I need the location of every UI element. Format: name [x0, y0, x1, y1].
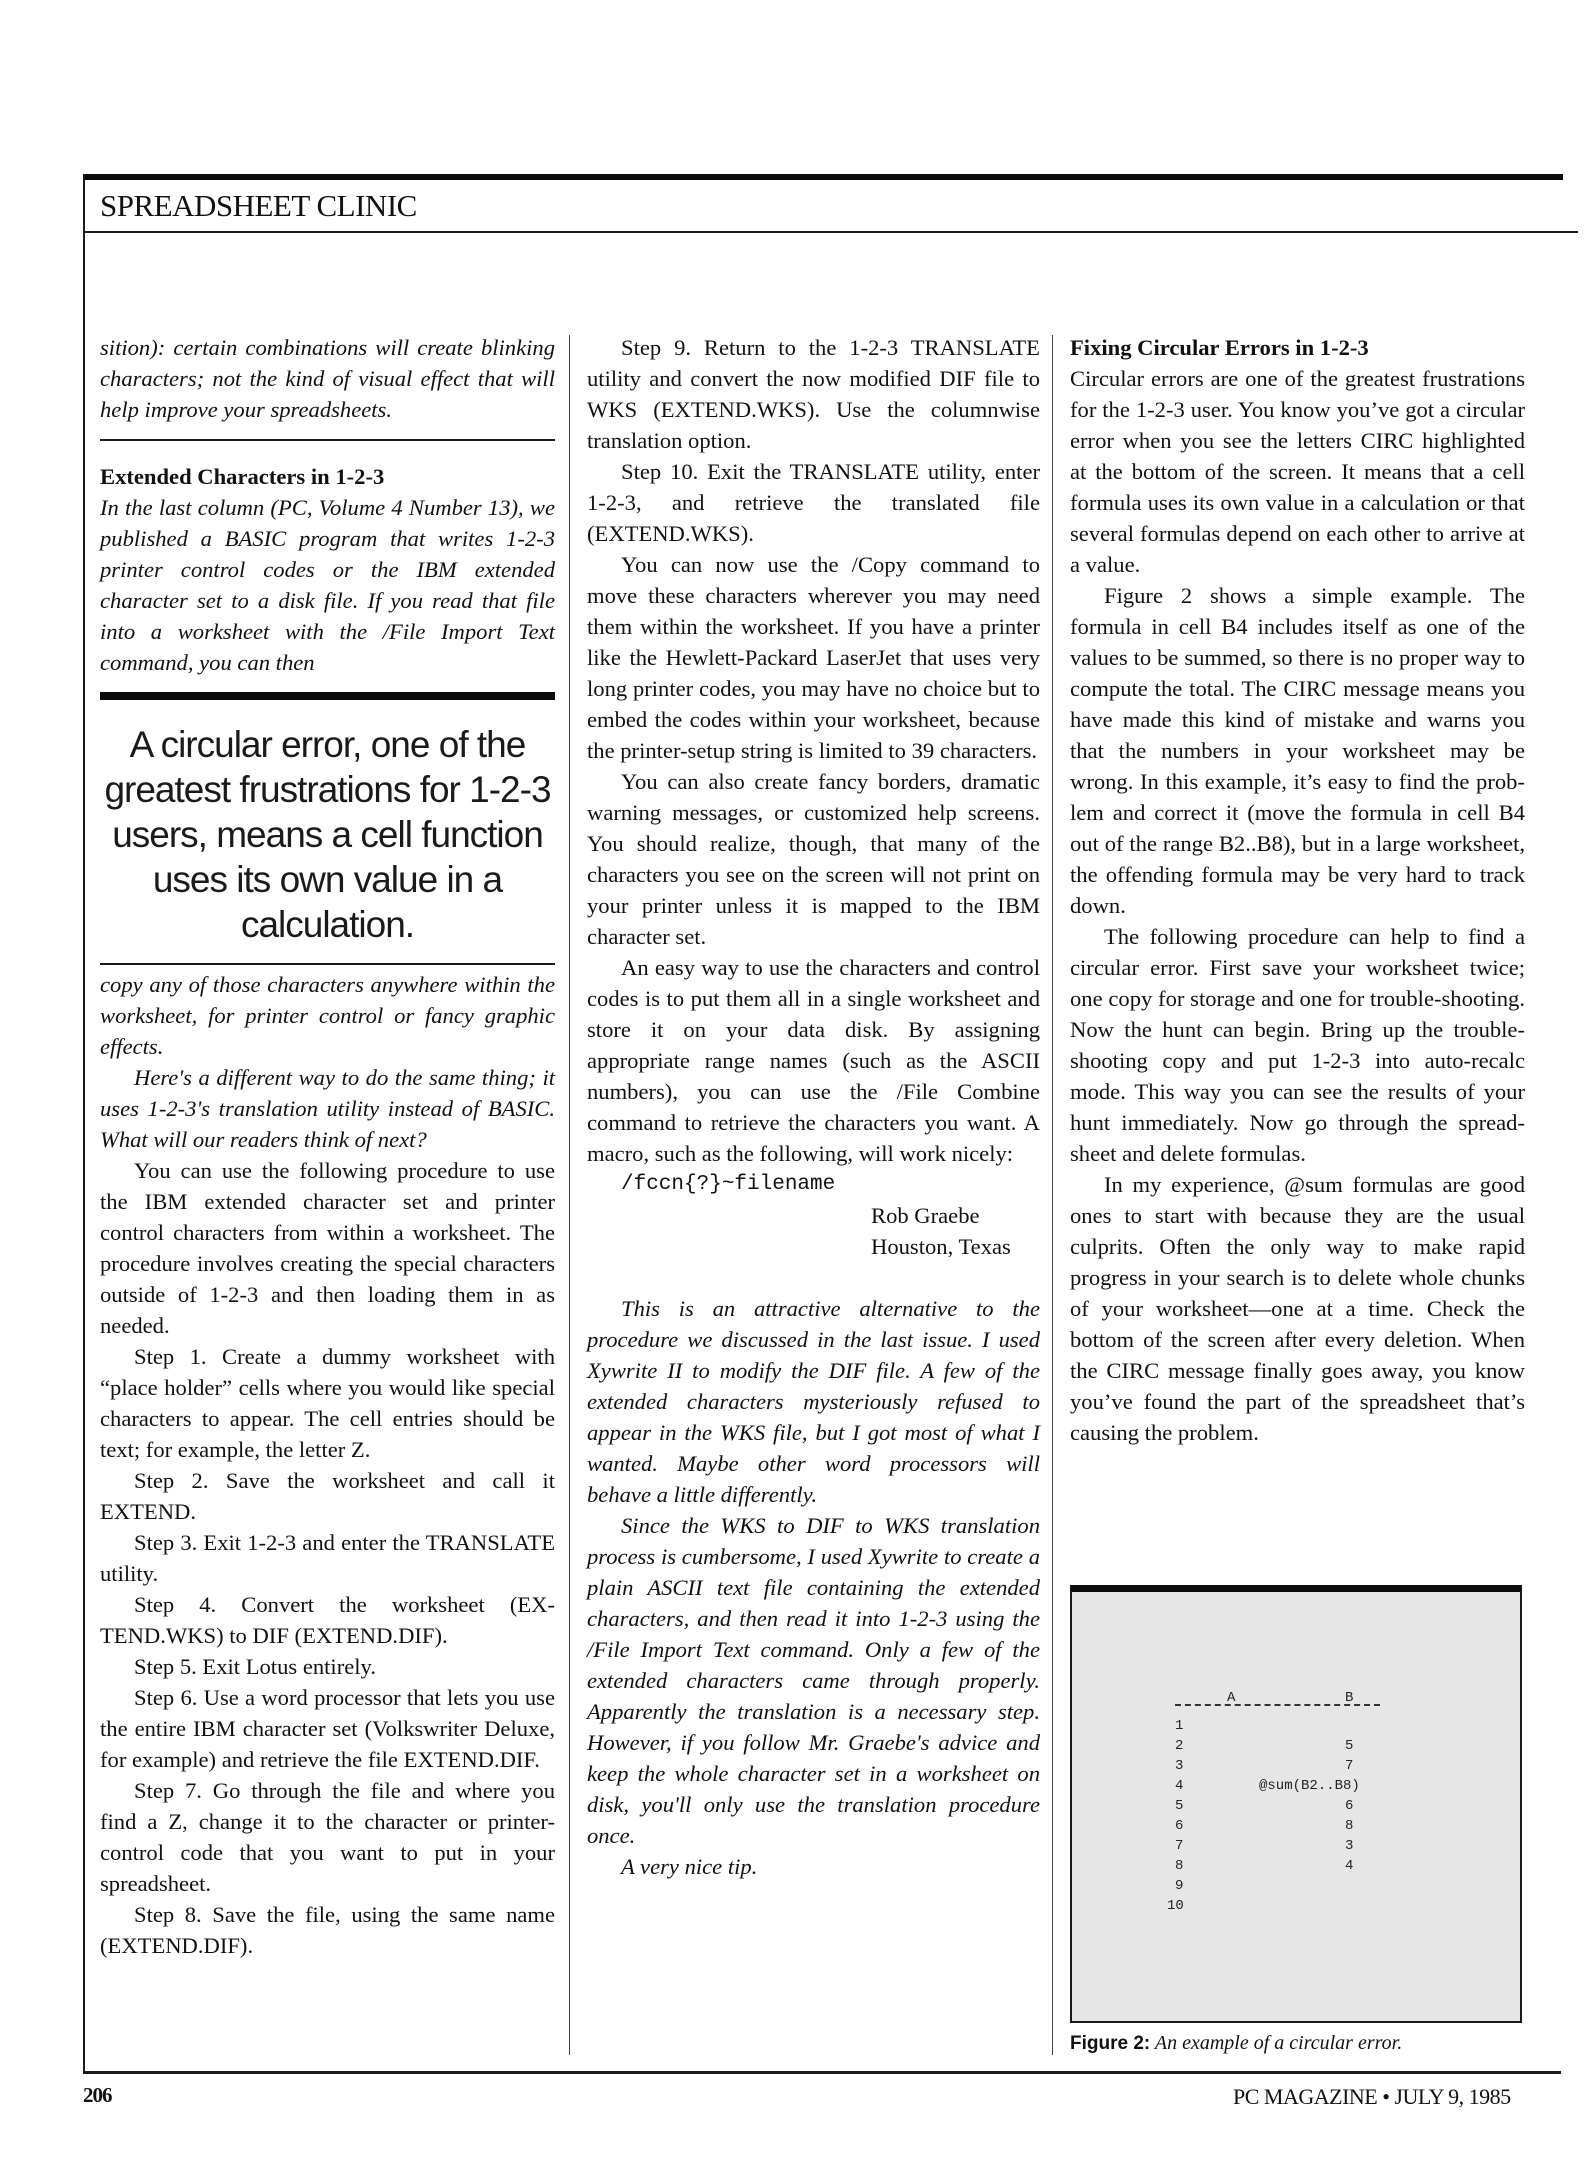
header-dash-line — [1175, 1704, 1380, 1706]
sheet-row: 1 — [1175, 1716, 1435, 1736]
header-top-rule — [83, 174, 1563, 180]
paragraph: The following procedure can help to find… — [1070, 921, 1525, 1169]
signature-location: Houston, Texas — [587, 1231, 1040, 1262]
header-bottom-rule — [83, 231, 1578, 233]
section-heading-extended-characters: Extended Characters in 1-2-3 — [100, 461, 555, 492]
page-number: 206 — [83, 2083, 112, 2108]
step-10: Step 10. Exit the TRANSLATE utility, ent… — [587, 456, 1040, 549]
editor-reply: This is an attractive alternative to the… — [587, 1293, 1040, 1510]
figure-caption-text: An example of a circular error. — [1150, 2032, 1402, 2054]
sheet-row: 68 — [1175, 1816, 1435, 1836]
article-column-3: Fixing Circular Errors in 1-2-3 Circular… — [1070, 332, 1525, 1448]
macro-code: /fccn{?}~filename — [587, 1169, 1040, 1200]
step-7: Step 7. Go through the file and where yo… — [100, 1775, 555, 1899]
sheet-row: 9 — [1175, 1876, 1435, 1896]
sheet-row: 10 — [1175, 1896, 1435, 1916]
page-frame-left-border — [83, 174, 85, 2074]
figure-caption-label: Figure 2: — [1070, 2033, 1150, 2054]
paragraph: Circular errors are one of the greatest … — [1070, 363, 1525, 580]
sheet-row: 37 — [1175, 1756, 1435, 1776]
step-5: Step 5. Exit Lotus entirely. — [100, 1651, 555, 1682]
sheet-row: 56 — [1175, 1796, 1435, 1816]
sheet-row-circular: 4@sum(B2..B8) — [1175, 1776, 1435, 1796]
pull-quote: A circular error, one of the greatest fr… — [100, 718, 555, 957]
pull-quote-top-rule — [100, 692, 555, 700]
section-heading-circular-errors: Fixing Circular Errors in 1-2-3 — [1070, 332, 1525, 363]
paragraph: You can also create fancy borders, dra­m… — [587, 766, 1040, 952]
section-intro: In the last column (PC, Volume 4 Number … — [100, 492, 555, 678]
figure-2-spreadsheet: A B 1 25 37 4@sum(B2..B8) 56 68 73 84 9 … — [1070, 1585, 1522, 2023]
step-6: Step 6. Use a word processor that lets y… — [100, 1682, 555, 1775]
step-3: Step 3. Exit 1-2-3 and enter the TRANSLA… — [100, 1527, 555, 1589]
paragraph: copy any of those characters anywhere wi… — [100, 969, 555, 1062]
pull-quote-bottom-rule — [100, 963, 555, 965]
section-separator — [100, 439, 555, 441]
intro-paragraph: sition): certain combinations will creat… — [100, 332, 555, 425]
paragraph: Figure 2 shows a simple example. The for… — [1070, 580, 1525, 921]
article-column-2: Step 9. Return to the 1-2-3 TRANS­LATE u… — [587, 332, 1040, 1882]
sheet-row: 84 — [1175, 1856, 1435, 1876]
step-2: Step 2. Save the worksheet and call it E… — [100, 1465, 555, 1527]
publication-footer: PC MAGAZINE • JULY 9, 1985 — [1233, 2084, 1511, 2110]
circular-formula-cell: @sum(B2..B8) — [1259, 1776, 1360, 1796]
section-title: SPREADSHEET CLINIC — [100, 188, 417, 224]
paragraph: An easy way to use the characters and co… — [587, 952, 1040, 1169]
paragraph: Here's a different way to do the same th… — [100, 1062, 555, 1155]
step-1: Step 1. Create a dummy worksheet with “p… — [100, 1341, 555, 1465]
editor-reply-closing: A very nice tip. — [587, 1851, 1040, 1882]
editor-reply: Since the WKS to DIF to WKS transla­tion… — [587, 1510, 1040, 1851]
step-4: Step 4. Convert the worksheet (EX­TEND.W… — [100, 1589, 555, 1651]
paragraph: You can use the following procedure to u… — [100, 1155, 555, 1341]
figure-caption: Figure 2: An example of a circular error… — [1070, 2032, 1402, 2055]
column-divider-2 — [1052, 335, 1053, 2055]
sheet-row: 73 — [1175, 1836, 1435, 1856]
step-8: Step 8. Save the file, using the same na… — [100, 1899, 555, 1961]
signature-name: Rob Graebe — [587, 1200, 1040, 1231]
footer-rule — [83, 2071, 1561, 2074]
paragraph: In my experience, @sum formulas are good… — [1070, 1169, 1525, 1448]
article-column-1: sition): certain combinations will creat… — [100, 332, 555, 1961]
sheet-row: 25 — [1175, 1736, 1435, 1756]
column-divider-1 — [569, 335, 570, 2055]
step-9: Step 9. Return to the 1-2-3 TRANS­LATE u… — [587, 332, 1040, 456]
paragraph: You can now use the /Copy command to mov… — [587, 549, 1040, 766]
